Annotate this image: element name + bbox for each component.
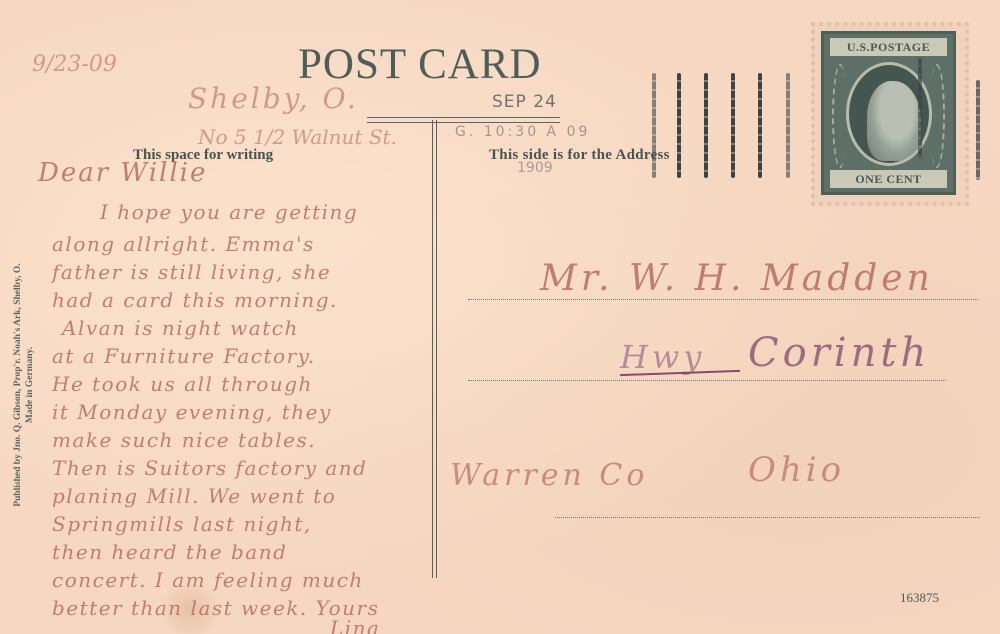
recipient-county: Warren Co (450, 458, 648, 493)
postcard-back: POST CARD This space for writing This si… (0, 0, 1000, 634)
address-line-1 (468, 299, 978, 300)
message-line: had a card this morning. (52, 288, 338, 312)
postage-stamp: U.S.POSTAGE ONE CENT (821, 31, 956, 195)
address-line-2 (468, 380, 946, 381)
serial-number: 163875 (900, 590, 939, 606)
message-line: planing Mill. We went to (52, 484, 336, 508)
struck-city: Hwy (620, 338, 705, 376)
cancel-bar-icon (677, 73, 681, 178)
origin-line: Made in Germany. (24, 225, 36, 545)
divider-vertical (432, 120, 437, 578)
message-line: it Monday evening, they (52, 400, 332, 424)
cancel-bar-icon (731, 73, 735, 178)
message-line: Alvan is night watch (62, 316, 299, 340)
message-line: Then is Suitors factory and (52, 456, 367, 480)
message-line: make such nice tables. (52, 428, 316, 452)
message-line: concert. I am feeling much (52, 568, 364, 592)
recipient-city: Corinth (748, 330, 930, 376)
message-line: I hope you are getting (100, 200, 358, 224)
cancel-bar-icon (704, 73, 708, 178)
recipient-state: Ohio (748, 450, 845, 490)
message-line: at a Furniture Factory. (52, 344, 316, 368)
message-line: father is still living, she (52, 260, 331, 284)
franklin-portrait-icon (867, 81, 921, 161)
cancel-bar-icon (652, 73, 656, 178)
address-line-3 (555, 517, 980, 518)
sender-city: Shelby, O. (188, 82, 359, 115)
publisher-imprint: Published by Jno. Q. Gibson, Prop'r. Noa… (12, 225, 36, 545)
postmark-date: SEP 24 (492, 92, 557, 112)
cancel-bar-icon (976, 80, 980, 180)
cancel-bar-icon (918, 58, 922, 158)
publisher-line: Published by Jno. Q. Gibson, Prop'r. Noa… (12, 225, 24, 545)
message-line: He took us all through (52, 372, 313, 396)
postmark-year: 1909 (517, 160, 553, 176)
message-line: along allright. Emma's (52, 232, 315, 256)
stamp-top-text: U.S.POSTAGE (830, 38, 947, 56)
greeting: Dear Willie (38, 158, 207, 188)
signature: Lina (330, 616, 380, 634)
sender-street: No 5 1/2 Walnut St. (198, 125, 397, 149)
message-line: then heard the band (52, 540, 287, 564)
message-line: Springmills last night, (52, 512, 312, 536)
stamp-bottom-text: ONE CENT (830, 170, 947, 188)
divider-horizontal (367, 117, 560, 123)
handwritten-date: 9/23-09 (32, 52, 117, 77)
cancel-bar-icon (758, 73, 762, 178)
cancel-bar-icon (786, 73, 790, 178)
recipient-name: Mr. W. H. Madden (540, 258, 934, 299)
postmark-time: G. 10:30 A 09 (455, 124, 590, 140)
